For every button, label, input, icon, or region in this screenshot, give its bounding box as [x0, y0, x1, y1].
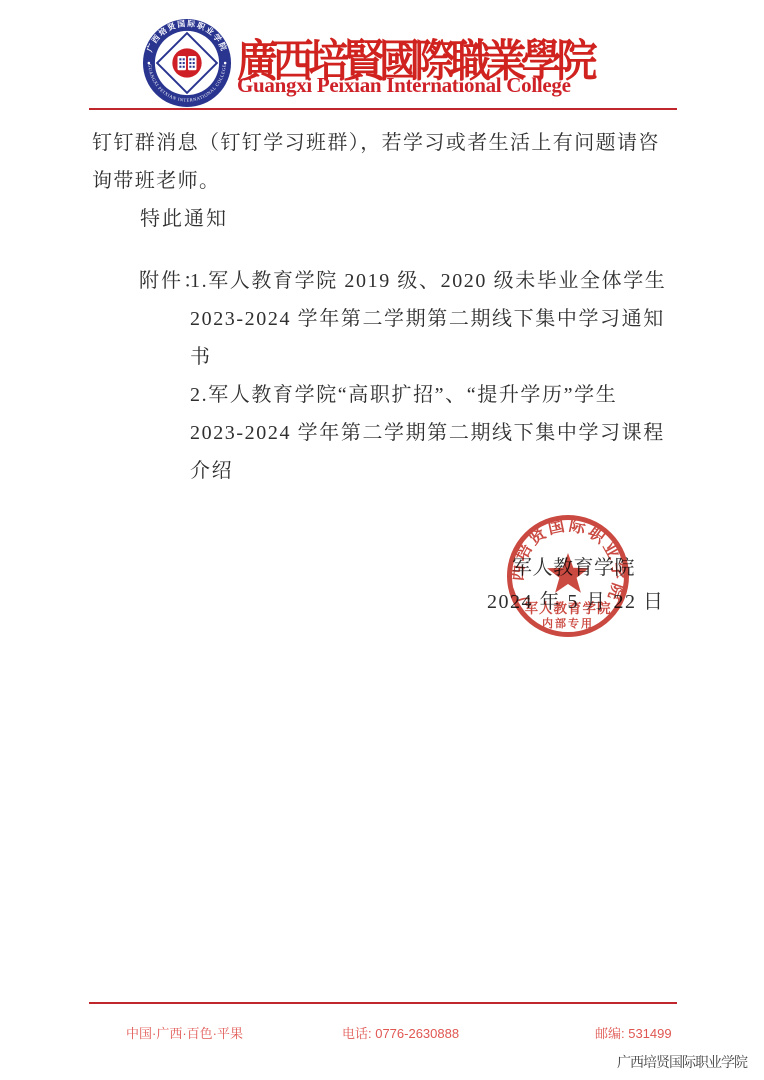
attachment-item-line: 书	[190, 340, 212, 369]
attachment-item-line: 2023-2024 学年第二学期第二期线下集中学习通知	[190, 302, 665, 331]
footer-phone: 电话: 0776-2630888	[342, 1023, 459, 1042]
header-rule	[89, 108, 677, 110]
notice-line: 特此通知	[140, 202, 228, 231]
attachment-item-line: 2.军人教育学院“高职扩招”、“提升学历”学生	[190, 378, 617, 407]
bottom-college-name: 广西培贤国际职业学院	[617, 1052, 747, 1072]
document-page: 广西培贤国际职业学院 GUANGXI PEIXIAN INTERNATIONAL…	[0, 0, 764, 1080]
seal-department-text: 军人教育学院	[525, 600, 612, 616]
official-seal: 广西培贤国际职业学院 军人教育学院 内部专用	[503, 511, 633, 641]
footer-rule	[89, 1002, 677, 1004]
seal-internal-use-text: 内部专用	[542, 616, 594, 630]
college-logo-icon: 广西培贤国际职业学院 GUANGXI PEIXIAN INTERNATIONAL…	[142, 18, 232, 108]
attachment-item-line: 介绍	[190, 454, 233, 483]
attachment-item-line: 2023-2024 学年第二学期第二期线下集中学习课程	[190, 416, 665, 445]
body-paragraph-line: 钉钉群消息（钉钉学习班群），若学习或者生活上有问题请咨	[92, 126, 660, 155]
footer-address: 中国·广西·百色·平果	[126, 1023, 243, 1042]
attachment-item-line: 1.军人教育学院 2019 级、2020 级未毕业全体学生	[190, 264, 666, 293]
college-title-english: Guangxi Peixian International College	[237, 73, 571, 98]
body-paragraph-line: 询带班老师。	[92, 164, 220, 193]
footer-postcode: 邮编: 531499	[595, 1023, 672, 1042]
seal-star-icon	[547, 553, 589, 593]
